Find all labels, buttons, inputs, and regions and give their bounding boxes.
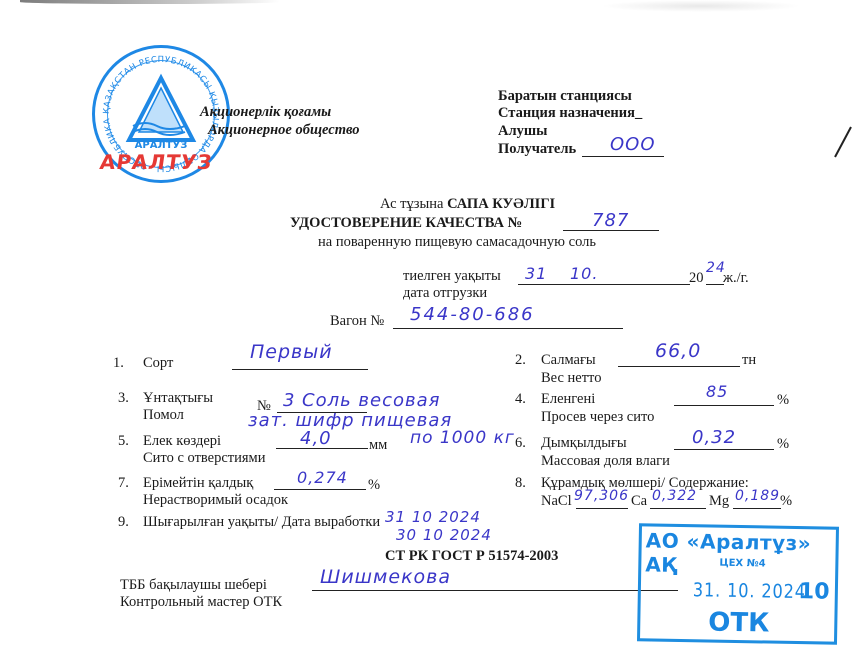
otk-master-label-kz: ТББ бақылаушы шебері [120,577,267,594]
stamp-company: АО «Аралтұз» АҚ [645,528,836,579]
stamp-date: 31. 10. 2024 [693,579,806,603]
company-type-ru: Акционерное общество [208,122,360,139]
otk-stamp: АО «Аралтұз» АҚ ЦЕХ №4 31. 10. 2024 10 О… [637,523,839,644]
pen-mark [834,127,852,158]
field-2-label-ru: Вес нетто [541,370,601,387]
field-4-label-ru: Просев через сито [541,409,654,426]
recipient-line [582,156,664,157]
certificate-title-kz: Ас тұзына САПА КУӘЛІГІ [380,196,555,213]
recipient-label-kz: Алушы [498,123,547,140]
field-2-line [618,366,740,367]
field-3-num: 3. [118,390,129,407]
nacl-value[interactable]: 97,306 [574,488,629,504]
field-2-label-kz: Салмағы [541,352,596,369]
production-date-value-2[interactable]: 30 10 2024 [396,526,492,544]
sieve-passage-value[interactable]: 85 [706,382,728,401]
field-7-unit: % [368,477,380,494]
field-9-label: Шығарылған уақыты/ Дата выработки [143,514,380,531]
ca-label: Ca [631,493,647,510]
field-4-num: 4. [515,391,526,408]
shipment-year-line [706,284,724,285]
shipment-date-line [518,284,690,285]
production-date-value[interactable]: 31 10 2024 [385,508,481,526]
scan-shadow-artifact [601,0,801,12]
station-label-kz: Баратын станциясы [498,88,632,105]
nacl-line [576,508,628,509]
field-2-num: 2. [515,352,526,369]
shipment-day[interactable]: 31 [525,264,547,283]
wagon-line [393,328,623,329]
field-3-label-ru: Помол [143,407,184,424]
scan-edge-artifact [20,0,280,4]
field-7-line [274,489,366,490]
handwritten-note-line1: Соль весовая [302,390,440,411]
field-1-line [232,369,368,370]
field-5-unit: мм [369,437,387,454]
moisture-value[interactable]: 0,32 [692,427,736,448]
shipment-month[interactable]: 10. [570,264,598,283]
stamp-department: ОТК [708,607,770,638]
field-6-label-kz: Дымқылдығы [541,435,627,452]
company-type-kz: Акционерлік қоғамы [200,104,331,121]
sort-value[interactable]: Первый [250,341,333,363]
stamp-number: 10 [799,579,830,605]
certificate-title-kz-prefix: Ас тұзына [380,196,447,212]
insoluble-residue-value[interactable]: 0,274 [297,468,348,487]
field-7-label-ru: Нерастворимый осадок [143,492,288,509]
mg-label: Mg [709,493,729,510]
field-6-label-ru: Массовая доля влаги [541,453,670,470]
shipment-date-label-kz: тиелген уақыты [403,268,501,285]
recipient-label-ru: Получатель [498,141,576,158]
field-4-label-kz: Еленгені [541,391,595,408]
field-7-label-kz: Ерімейтін қалдық [143,475,253,492]
signature-line [312,590,678,591]
otk-master-signature[interactable]: Шишмекова [320,566,451,588]
standard-reference: СТ РК ГОСТ Р 51574-2003 [385,548,558,565]
shipment-year-unit: ж./г. [723,270,749,287]
field-9-num: 9. [118,514,129,531]
shipment-date-label-ru: дата отгрузки [403,285,487,302]
mg-value[interactable]: 0,189 [735,488,780,504]
field-6-line [674,449,774,450]
field-5-num: 5. [118,433,129,450]
field-1-label: Сорт [143,355,173,372]
field-8-label: Құрамдық мөлшері/ Содержание: [541,475,749,492]
mg-line [733,508,781,509]
handwritten-note-line3: по 1000 кг [410,428,515,448]
field-8-num: 8. [515,475,526,492]
otk-master-label-ru: Контрольный мастер ОТК [120,594,282,611]
certificate-subtitle: на поваренную пищевую самасадочную соль [318,234,596,251]
certificate-title-ru: УДОСТОВЕРЕНИЕ КАЧЕСТВА № [290,215,522,232]
brand-logo: АРАЛТУЗ [98,150,214,174]
field-4-unit: % [777,392,789,409]
field-6-num: 6. [515,435,526,452]
field-7-num: 7. [118,475,129,492]
field-1-num: 1. [113,355,124,372]
grinding-value[interactable]: 3 [283,390,295,411]
field-3-label-kz: Ұнтақтығы [143,390,213,407]
stamp-workshop: ЦЕХ №4 [719,558,765,570]
wagon-label: Вагон № [330,313,384,330]
recipient-value[interactable]: ООО [610,134,656,155]
composition-unit: % [780,493,792,510]
ca-value[interactable]: 0,322 [652,488,697,504]
shipment-year-prefix: 20 [689,270,704,287]
station-label-ru: Станция назначения_ [498,105,642,122]
field-4-line [674,405,774,406]
sieve-openings-value[interactable]: 4,0 [300,428,332,449]
nacl-label: NaCl [541,493,572,510]
ca-line [650,508,706,509]
field-6-unit: % [777,436,789,453]
field-5-label-ru: Сито с отверстиями [143,450,266,467]
wagon-number[interactable]: 544-80-686 [410,304,535,325]
field-5-label-kz: Елек көздері [143,433,221,450]
net-weight-value[interactable]: 66,0 [655,340,701,362]
certificate-title-kz-bold: САПА КУӘЛІГІ [447,196,555,212]
field-2-unit: тн [742,352,756,369]
certificate-number[interactable]: 787 [592,210,629,231]
